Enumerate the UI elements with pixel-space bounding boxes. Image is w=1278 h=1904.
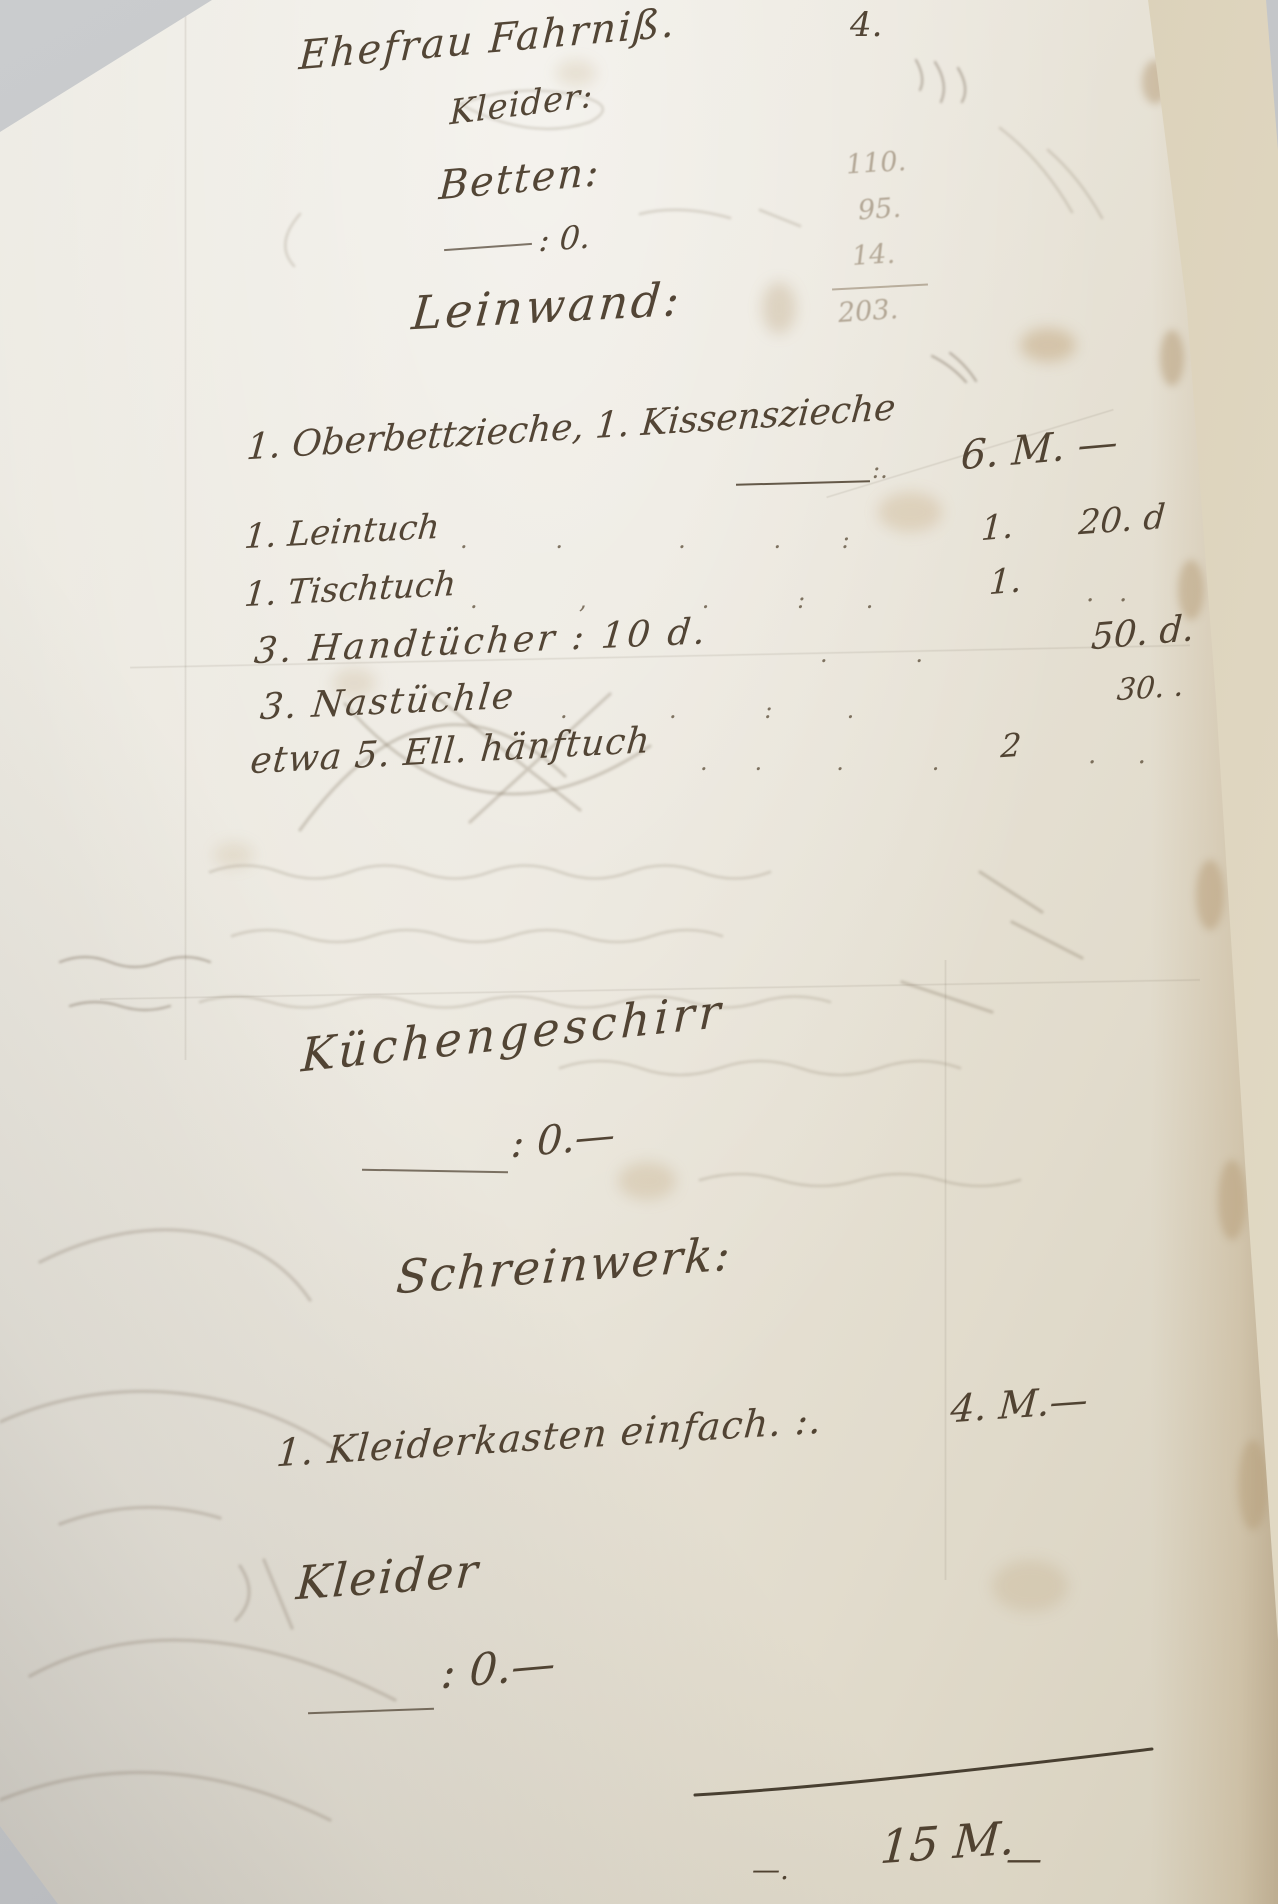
total-value: 15 M. bbox=[879, 1815, 1017, 1871]
total-prefix: —. bbox=[752, 1856, 789, 1884]
sum-rule-line bbox=[0, 0, 1278, 1904]
total-suffix: — bbox=[1006, 1842, 1042, 1878]
manuscript-sheet: 110. 95. 14. 203. 4. Ehefrau Fahrniß. Kl… bbox=[0, 0, 1278, 1904]
photo-of-manuscript-page: 110. 95. 14. 203. 4. Ehefrau Fahrniß. Kl… bbox=[0, 0, 1278, 1904]
